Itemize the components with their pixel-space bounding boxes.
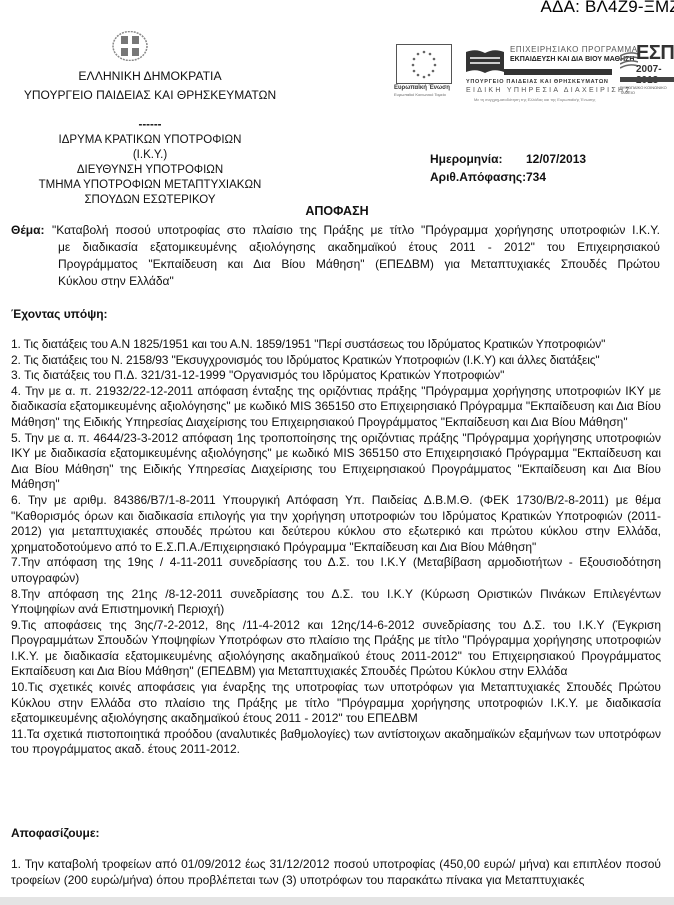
funding-logos: Ευρωπαϊκή Ένωση Ευρωπαϊκό Κοινωνικό Ταμε…: [392, 40, 674, 104]
date-label: Ημερομηνία:: [430, 150, 526, 168]
considering-item: 7.Την απόφαση της 19ης / 4-11-2011 συνεδ…: [11, 555, 661, 586]
subject-label: Θέμα:: [11, 222, 44, 239]
ministry-title: ΥΠΟΥΡΓΕΙΟ ΠΑΙΔΕΙΑΣ ΚΑΙ ΘΡΗΣΚΕΥΜΑΤΩΝ: [0, 87, 300, 104]
ep-line2: ΕΚΠΑΙΔΕΥΣΗ ΚΑΙ ΔΙΑ ΒΙΟΥ ΜΑΘΗΣΗ: [510, 56, 634, 63]
ep-bar: [504, 69, 612, 75]
considering-item: 10.Τις σχετικές κοινές αποφάσεις για ένα…: [11, 680, 661, 727]
considering-item: 11.Τα σχετικά πιστοποιητικά προόδου (ανα…: [11, 727, 661, 758]
espa-title: ΕΣΠΑ: [636, 42, 674, 65]
considering-item: 1. Τις διατάξεις του Α.Ν 1825/1951 και τ…: [11, 337, 661, 353]
date-value: 12/07/2013: [526, 152, 586, 166]
greek-coat-of-arms-icon: [112, 31, 148, 61]
espa-years: 2007-2013: [636, 64, 674, 86]
ep-line1: ΕΠΙΧΕΙΡΗΣΙΑΚΟ ΠΡΟΓΡΑΜΜΑ: [510, 45, 638, 54]
decide-heading: Αποφασίζουμε:: [11, 826, 100, 840]
subject-line: Προγράμματος "Εκπαίδευση και Δια Βίου Μά…: [58, 256, 660, 273]
dept-line: ΔΙΕΥΘΥΝΣΗ ΥΠΟΤΡΟΦΙΩΝ: [0, 163, 300, 178]
espa-caption: ΕΥΡΩΠΑΪΚΟ ΚΟΙΝΩΝΙΚΟ ΤΑΜΕΙΟ: [620, 85, 674, 95]
considering-heading: Έχοντας υπόψη:: [11, 307, 108, 321]
dept-line: ΙΔΡΥΜΑ ΚΡΑΤΙΚΩΝ ΥΠΟΤΡΟΦΙΩΝ: [0, 133, 300, 148]
subject-line: με διαδικασία εξατομικευμένης αξιολόγηση…: [58, 239, 660, 256]
ep-book-logo-icon: [466, 48, 504, 76]
considering-item: 5. Την με α. π. 4644/23-3-2012 απόφαση 1…: [11, 431, 661, 493]
subject-line: Κύκλου στην Ελλάδα": [58, 273, 660, 290]
decision-number-label: Αριθ.Απόφασης:: [430, 168, 526, 186]
ep-line5: Με τη συγχρηματοδότηση της Ελλάδας και τ…: [474, 97, 595, 102]
espa-bar: [620, 77, 674, 82]
ada-code: ΑΔΑ: ΒΛ4Ζ9-ΞΜΖ: [540, 0, 674, 17]
dept-line: ΤΜΗΜΑ ΥΠΟΤΡΟΦΙΩΝ ΜΕΤΑΠΤΥΧΙΑΚΩΝ: [0, 178, 300, 193]
ep-line3: ΥΠΟΥΡΓΕΙΟ ΠΑΙΔΕΙΑΣ ΚΑΙ ΘΡΗΣΚΕΥΜΑΤΩΝ: [466, 79, 609, 85]
decision-title: ΑΠΟΦΑΣΗ: [0, 204, 674, 218]
considering-item: 9.Τις αποφάσεις της 3ης/7-2-2012, 8ης /1…: [11, 618, 661, 680]
considering-item: 8.Την απόφαση της 21ης /8-12-2011 συνεδρ…: [11, 587, 661, 618]
dept-dashes: ------: [0, 118, 300, 133]
eu-flag-icon: [396, 44, 452, 84]
considering-list: 1. Τις διατάξεις του Α.Ν 1825/1951 και τ…: [11, 337, 661, 758]
considering-item: 6. Την με αριθμ. 84386/Β7/1-8-2011 Υπουρ…: [11, 493, 661, 555]
considering-item: 2. Τις διατάξεις του Ν. 2158/93 "Εκσυγχρ…: [11, 353, 661, 369]
decide-item: 1. Την καταβολή τροφείων από 01/09/2012 …: [11, 857, 661, 888]
considering-item: 4. Την με α. π. 21932/22-12-2011 απόφαση…: [11, 384, 661, 431]
decision-number-value: 734: [526, 170, 546, 184]
dept-line: (Ι.Κ.Υ.): [0, 148, 300, 163]
eu-caption: Ευρωπαϊκή Ένωση: [394, 85, 456, 91]
ep-line4: ΕΙΔΙΚΗ ΥΠΗΡΕΣΙΑ ΔΙΑΧΕΙΡΙΣΗΣ: [466, 87, 632, 94]
gov-title: ΕΛΛΗΝΙΚΗ ΔΗΜΟΚΡΑΤΙΑ: [0, 68, 300, 85]
page-edge: [0, 897, 674, 905]
considering-item: 3. Τις διατάξεις του Π.Δ. 321/31-12-1999…: [11, 368, 661, 384]
document-meta: Ημερομηνία:12/07/2013 Αριθ.Απόφασης:734: [430, 150, 586, 186]
subject-line: "Καταβολή ποσού υποτροφίας στο πλαίσιο τ…: [52, 222, 660, 239]
decide-list: 1. Την καταβολή τροφείων από 01/09/2012 …: [11, 857, 661, 888]
eu-subcaption: Ευρωπαϊκό Κοινωνικό Ταμείο: [394, 92, 456, 97]
